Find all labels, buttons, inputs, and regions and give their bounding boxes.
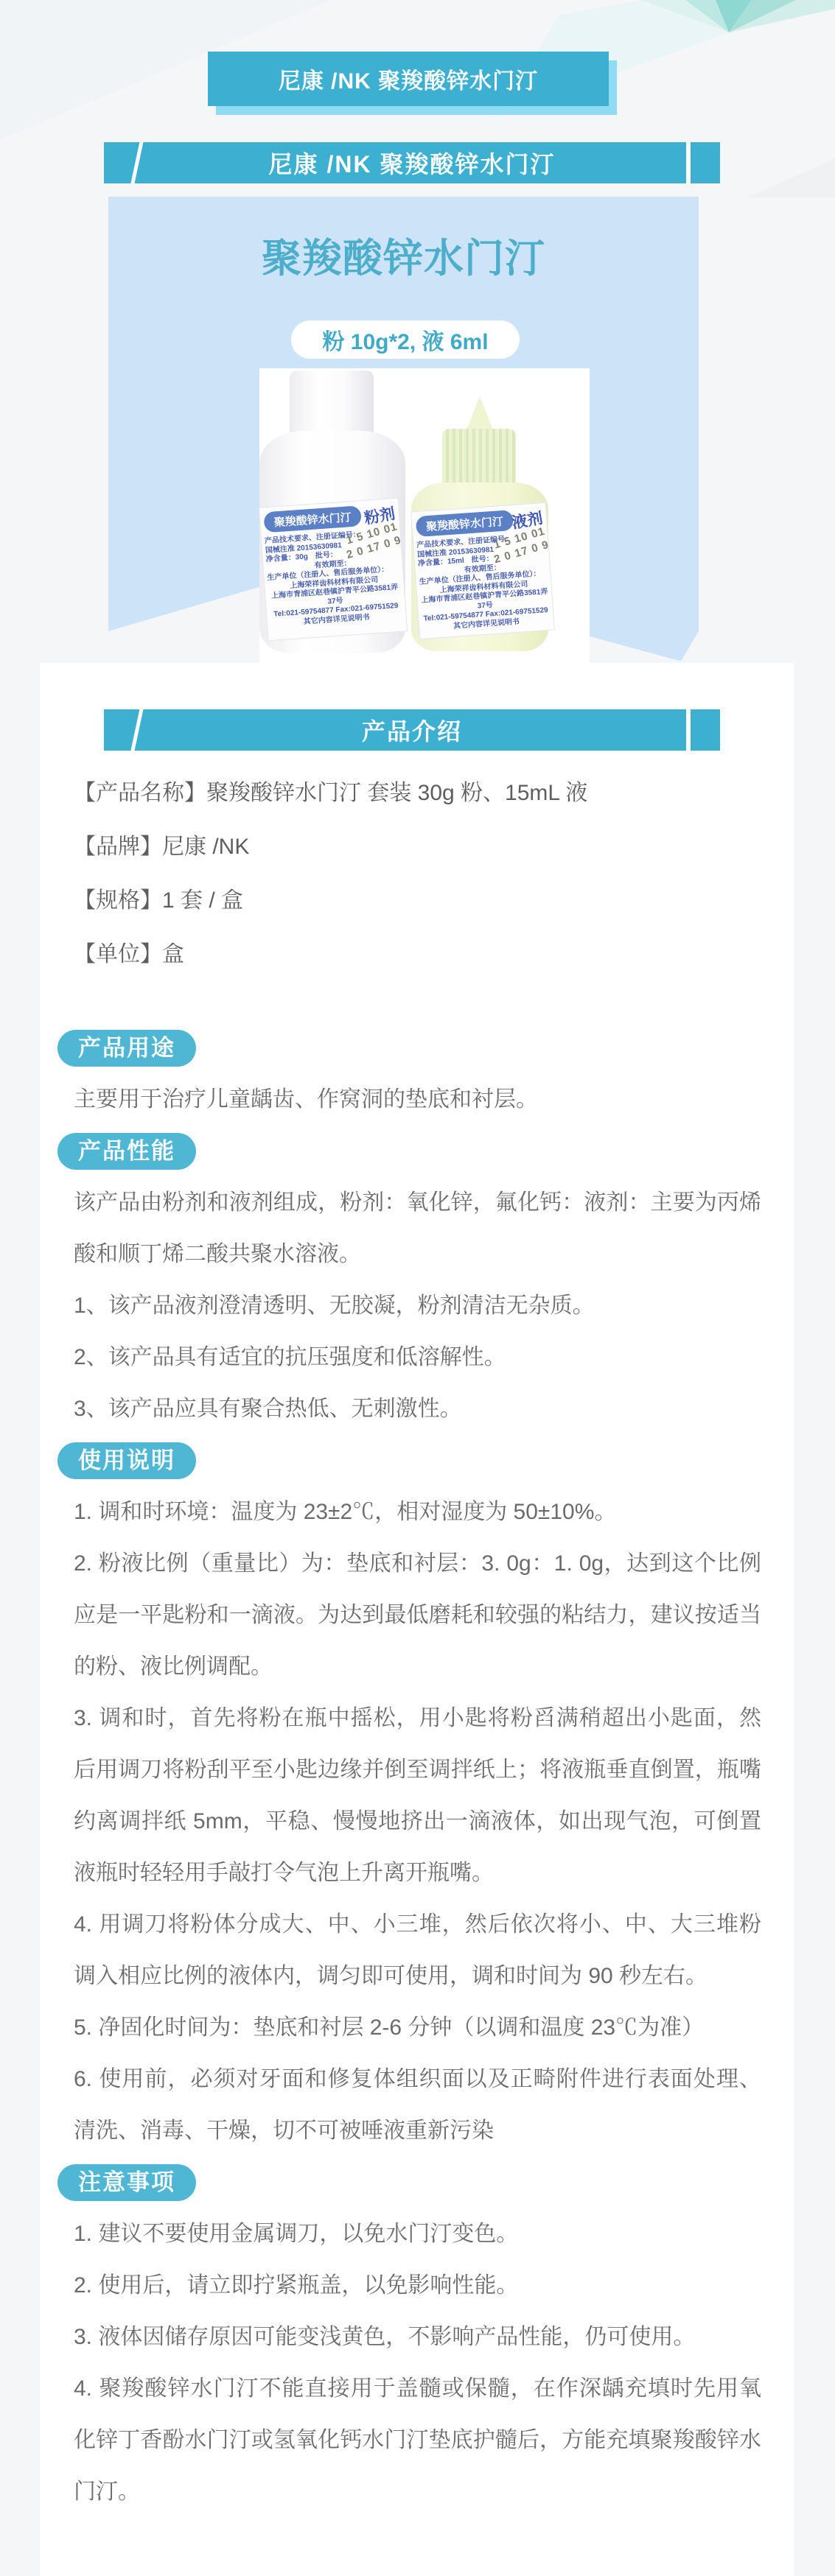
field-value: 聚羧酸锌水门汀 套装 30g 粉、15mL 液: [206, 781, 587, 805]
usage-paragraph: 主要用于治疗儿童龋齿、作窝洞的垫底和衬层。: [74, 1074, 761, 1126]
product-ribbon-label: 尼康 /NK 聚羧酸锌水门汀: [269, 146, 556, 180]
field-label: 【产品名称】: [74, 781, 206, 805]
field-row: 【规格】1 套 / 盒: [74, 874, 761, 927]
instruction-paragraph: 1. 调和时环境：温度为 23±2℃，相对湿度为 50±10%。: [74, 1487, 761, 1538]
field-row: 【单位】盒: [74, 927, 761, 981]
precaution-paragraph: 4. 聚羧酸锌水门汀不能直接用于盖髓或保髓，在作深龋充填时先用氧化锌丁香酚水门汀…: [74, 2363, 761, 2518]
field-row: 【产品名称】聚羧酸锌水门汀 套装 30g 粉、15mL 液: [74, 766, 761, 820]
liquid-bottle: 聚羧酸锌水门汀 液剂 产品技术要求、注册证编号： 国械注准 2015363098…: [259, 368, 590, 698]
product-title-card: 尼康 /NK 聚羧酸锌水门汀: [208, 52, 609, 106]
precaution-paragraph: 2. 使用后，请立即拧紧瓶盖，以免影响性能。: [74, 2260, 761, 2312]
product-title-card-label: 尼康 /NK 聚羧酸锌水门汀: [279, 63, 538, 95]
ribbon-divider-decor: [686, 142, 691, 183]
ribbon-slash-decor: [128, 142, 144, 183]
field-label: 【单位】: [74, 942, 162, 966]
product-detail-page: 尼康 /NK 聚羧酸锌水门汀 尼康 /NK 聚羧酸锌水门汀 聚羧酸锌水门汀 粉 …: [0, 0, 835, 2576]
liquid-label-title: 聚羧酸锌水门汀: [425, 513, 503, 533]
product-description: 【产品名称】聚羧酸锌水门汀 套装 30g 粉、15mL 液 【品牌】尼康 /NK…: [40, 766, 794, 2518]
gray-sliver-decor: [741, 155, 835, 199]
precaution-paragraph: 3. 液体因储存原因可能变浅黄色，不影响产品性能，仍可使用。: [74, 2312, 761, 2363]
section-pill-row: 产品性能: [74, 1126, 761, 1177]
instruction-paragraph: 4. 用调刀将粉体分成大、中、小三堆，然后依次将小、中、大三堆粉调入相应比例的液…: [74, 1899, 761, 2002]
instruction-paragraph: 5. 净固化时间为：垫底和衬层 2-6 分钟（以调和温度 23℃为准）: [74, 2002, 761, 2054]
liquid-label-title-band: 聚羧酸锌水门汀: [416, 510, 514, 537]
performance-paragraph: 1、该产品液剂澄清透明、无胶凝，粉剂清洁无杂质。: [74, 1280, 761, 1332]
field-label: 【品牌】: [74, 835, 162, 859]
performance-paragraph: 3、该产品应具有聚合热低、无刺激性。: [74, 1383, 761, 1435]
instruction-paragraph: 3. 调和时，首先将粉在瓶中摇松，用小匙将粉舀满稍超出小匙面，然后用调刀将粉刮平…: [74, 1693, 761, 1899]
section-pill-performance: 产品性能: [57, 1133, 196, 1170]
liquid-bottle-label: 聚羧酸锌水门汀 液剂 产品技术要求、注册证编号： 国械注准 2015363098…: [410, 502, 555, 639]
spec-badge: 粉 10g*2, 液 6ml: [291, 320, 520, 359]
section-pill-instructions: 使用说明: [57, 1442, 196, 1479]
field-value: 尼康 /NK: [162, 835, 249, 859]
field-row: 【品牌】尼康 /NK: [74, 820, 761, 874]
performance-paragraph: 2、该产品具有适宜的抗压强度和低溶解性。: [74, 1332, 761, 1383]
instruction-paragraph: 2. 粉液比例（重量比）为：垫底和衬层：3. 0g：1. 0g，达到这个比例应是…: [74, 1538, 761, 1693]
product-fields: 【产品名称】聚羧酸锌水门汀 套装 30g 粉、15mL 液 【品牌】尼康 /NK…: [74, 766, 761, 981]
ribbon-divider-decor: [686, 709, 691, 751]
precaution-paragraph: 1. 建议不要使用金属调刀，以免水门汀变色。: [74, 2208, 761, 2260]
section-banner-intro-label: 产品介绍: [362, 713, 462, 747]
section-pill-row: 产品用途: [74, 1022, 761, 1074]
section-pill-precautions: 注意事项: [57, 2164, 196, 2201]
product-ribbon: 尼康 /NK 聚羧酸锌水门汀: [104, 142, 720, 183]
field-value: 盒: [162, 942, 184, 966]
spec-badge-label: 粉 10g*2, 液 6ml: [322, 323, 488, 356]
field-value: 1 套 / 盒: [162, 888, 243, 913]
section-pill-usage: 产品用途: [57, 1030, 196, 1067]
hero-product-title: 聚羧酸锌水门汀: [108, 227, 699, 284]
product-photo: 聚羧酸锌水门汀 粉剂 产品技术要求、注册证编号： 国械注准 2015363098…: [259, 368, 590, 698]
liquid-bottle-dropper-tip: [466, 396, 494, 432]
instruction-paragraph: 6. 使用前，必须对牙面和修复体组织面以及正畸附件进行表面处理、清洗、消毒、干燥…: [74, 2054, 761, 2157]
description-flow: 产品用途 主要用于治疗儿童龋齿、作窝洞的垫底和衬层。 产品性能 该产品由粉剂和液…: [74, 1022, 761, 2518]
performance-paragraph: 该产品由粉剂和液剂组成，粉剂：氧化锌，氟化钙：液剂：主要为丙烯酸和顺丁烯二酸共聚…: [74, 1177, 761, 1280]
section-pill-row: 注意事项: [74, 2157, 761, 2208]
liquid-bottle-cap: [442, 429, 516, 488]
section-pill-row: 使用说明: [74, 1435, 761, 1487]
section-banner-intro: 产品介绍: [104, 709, 720, 751]
field-label: 【规格】: [74, 888, 162, 913]
ribbon-slash-decor: [128, 709, 144, 751]
